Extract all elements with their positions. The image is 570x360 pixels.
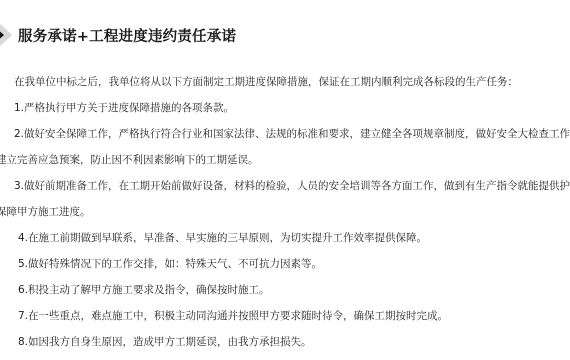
- intro-paragraph: 在我单位中标之后，我单位将从以下方面制定工期进度保障措施，保证在工期内顺利完成各…: [14, 75, 518, 89]
- list-item: 8.如因我方自身生原因，造成甲方工期延误，由我方承担损失。: [18, 335, 312, 349]
- list-item: 5.做好特殊情况下的工作交排，如：特殊天气、不可抗力因素等。: [18, 257, 322, 271]
- list-item: 6.积投主动了解甲方施工要求及指令，确保按时施工。: [18, 283, 270, 297]
- list-item: 4.在施工前期做到早联系，早准备、早实施的三早原则，为切实提升工作效率提供保障。: [18, 231, 427, 245]
- chevron-right-icon: [0, 20, 14, 50]
- list-item: 3.做好前期准备工作，在工期开始前做好设备，材料的检验，人员的安全培训等各方面工…: [14, 179, 570, 193]
- list-item-continuation: 保障甲方施工进度。: [0, 205, 91, 219]
- list-item: 1.严格执行甲方关于进度保障措施的各项条款。: [14, 101, 234, 115]
- list-item: 7.在一些重点，难点施工中，积极主动同沟通并按照甲方要求随时待令，确保工期按时完…: [18, 309, 448, 323]
- list-item-continuation: 建立完善应急预案，防止因不利因素影响下的工期延误。: [0, 153, 259, 167]
- page-title: 服务承诺+工程进度违约责任承诺: [18, 25, 236, 46]
- list-item: 2.做好安全保障工作，严格执行符合行业和国家法律、法规的标准和要求，建立健全各项…: [14, 127, 570, 141]
- section-header: 服务承诺+工程进度违约责任承诺: [0, 20, 236, 50]
